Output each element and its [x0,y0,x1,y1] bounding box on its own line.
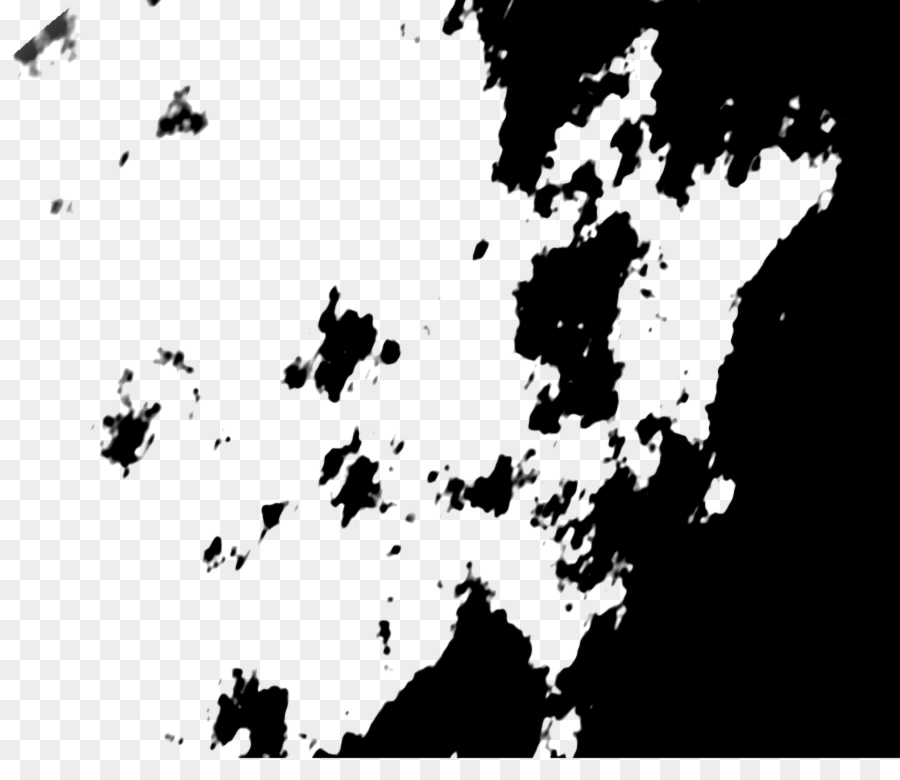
ink-splatter-canvas [0,0,900,780]
texture-preview [0,0,900,780]
